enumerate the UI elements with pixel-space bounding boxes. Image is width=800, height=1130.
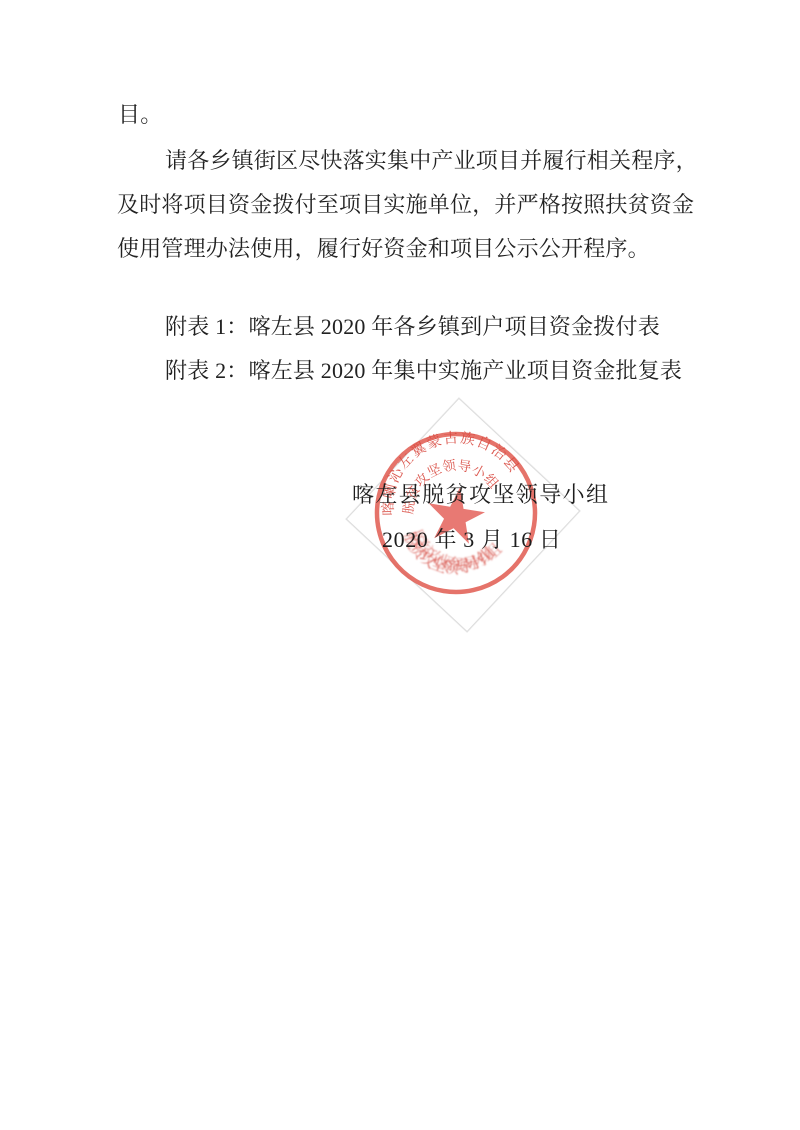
signature-date: 2020 年 3 月 16 日 bbox=[382, 526, 562, 554]
attachment-line-1: 附表 1：喀左县 2020 年各乡镇到户项目资金拨付表 bbox=[165, 312, 660, 342]
paragraph-line-1: 请各乡镇街区尽快落实集中产业项目并履行相关程序， bbox=[165, 146, 698, 176]
official-seal: 喀喇沁左翼蒙古族自治县 脱贫攻坚领导小组 脱贫攻坚领导小组 脱贫攻坚领导小组 bbox=[342, 399, 571, 628]
signature-organization: 喀左县脱贫攻坚领导小组 bbox=[352, 481, 609, 509]
paragraph-line-2: 及时将项目资金拨付至项目实施单位，并严格按照扶贫资金 bbox=[117, 190, 694, 220]
document-page: 目。 请各乡镇街区尽快落实集中产业项目并履行相关程序， 及时将项目资金拨付至项目… bbox=[0, 0, 800, 1130]
paragraph-line-3: 使用管理办法使用，履行好资金和项目公示公开程序。 bbox=[117, 234, 650, 264]
paragraph-tail-line: 目。 bbox=[118, 100, 162, 130]
attachment-line-2: 附表 2：喀左县 2020 年集中实施产业项目资金批复表 bbox=[165, 356, 682, 386]
